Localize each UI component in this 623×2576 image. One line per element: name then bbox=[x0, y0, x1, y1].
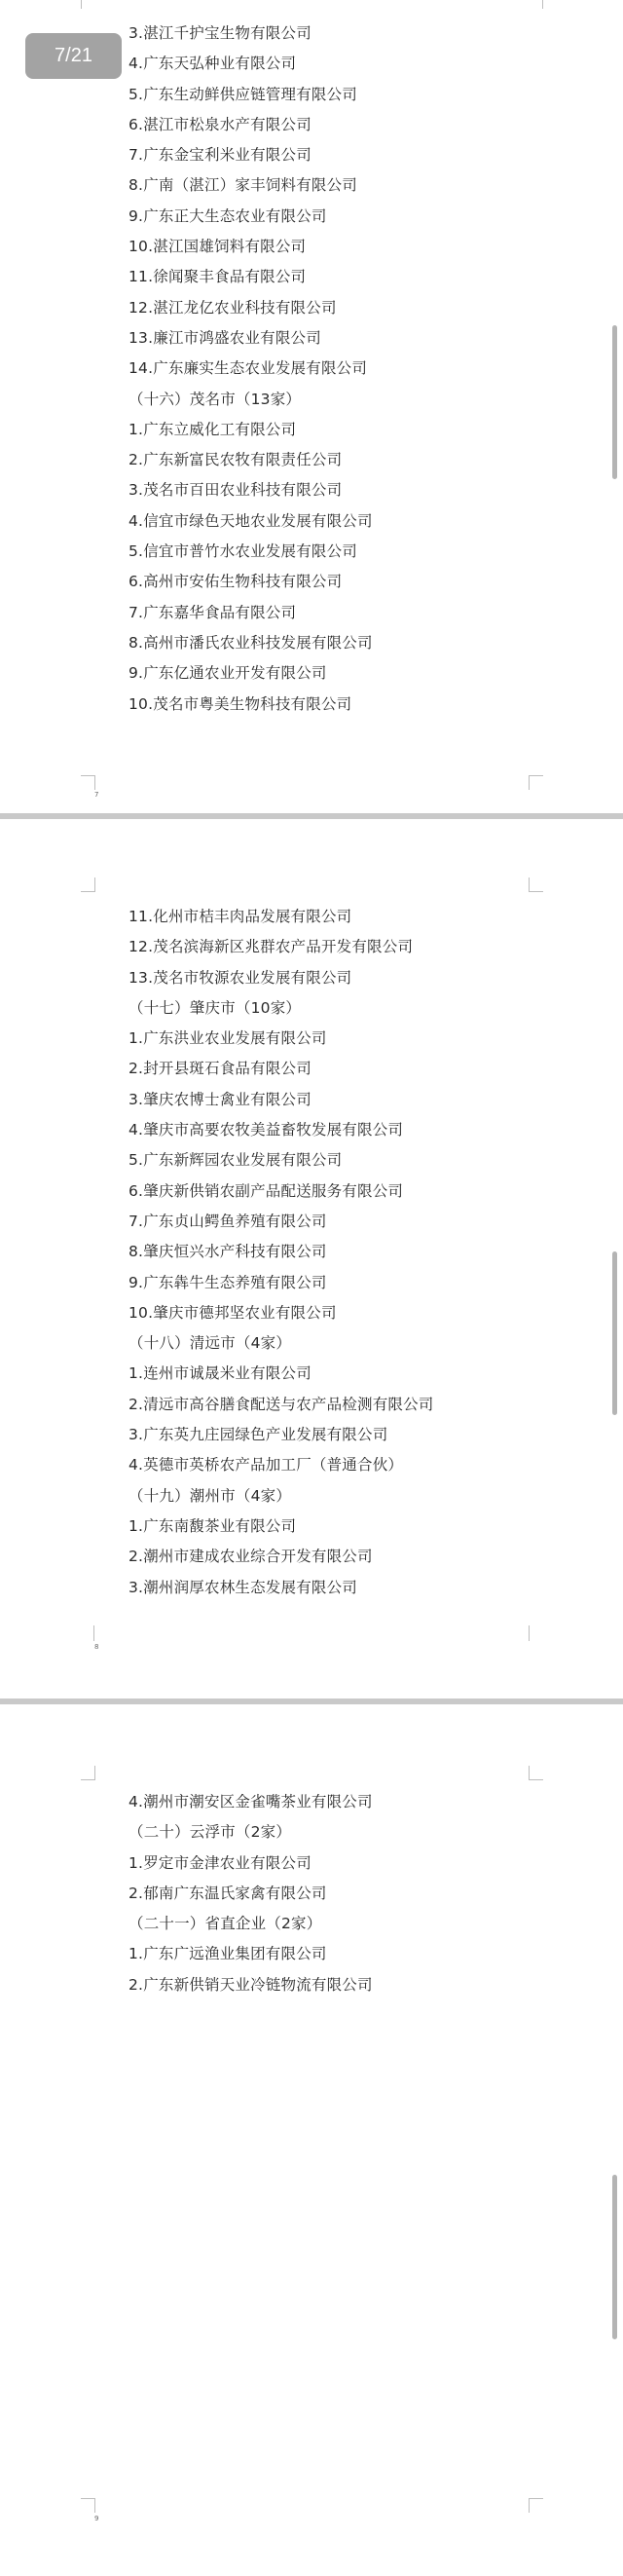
page-corner-mark bbox=[529, 775, 543, 790]
list-item: 7.广东嘉华食品有限公司 bbox=[128, 598, 373, 628]
list-item: 3.肇庆农博士禽业有限公司 bbox=[128, 1085, 434, 1115]
section-heading: （十七）肇庆市（10家） bbox=[128, 993, 434, 1024]
page-corner-mark bbox=[81, 1766, 95, 1780]
page-corner-mark bbox=[93, 1625, 108, 1641]
list-item: 4.信宜市绿色天地农业发展有限公司 bbox=[128, 506, 373, 537]
section-heading: （十九）潮州市（4家） bbox=[128, 1481, 434, 1512]
page-corner-mark bbox=[81, 0, 95, 9]
list-item: 7.广东贞山鳄鱼养殖有限公司 bbox=[128, 1207, 434, 1237]
page-indicator-badge: 7/21 bbox=[25, 33, 122, 79]
list-item: 5.广东新辉园农业发展有限公司 bbox=[128, 1145, 434, 1176]
list-item: 3.潮州润厚农林生态发展有限公司 bbox=[128, 1573, 434, 1603]
list-item: 6.高州市安佑生物科技有限公司 bbox=[128, 567, 373, 597]
list-item: 13.茂名市牧源农业发展有限公司 bbox=[128, 963, 434, 993]
list-item: 2.广东新富民农牧有限责任公司 bbox=[128, 445, 373, 475]
document-page-9: 4.潮州市潮安区金雀嘴茶业有限公司 （二十）云浮市（2家） 1.罗定市金津农业有… bbox=[0, 1704, 623, 2576]
list-item: 7.广东金宝利米业有限公司 bbox=[128, 140, 373, 170]
list-item: 6.湛江市松泉水产有限公司 bbox=[128, 110, 373, 140]
list-item: 8.高州市潘氏农业科技发展有限公司 bbox=[128, 628, 373, 658]
list-item: 3.茂名市百田农业科技有限公司 bbox=[128, 475, 373, 505]
page-corner-mark bbox=[529, 0, 543, 9]
list-item: 4.广东天弘种业有限公司 bbox=[128, 49, 373, 79]
page-number-mark: 8 bbox=[94, 1643, 98, 1651]
list-item: 12.茂名滨海新区兆群农产品开发有限公司 bbox=[128, 932, 434, 962]
list-item: 14.广东廉实生态农业发展有限公司 bbox=[128, 354, 373, 384]
list-item: 9.广东正大生态农业有限公司 bbox=[128, 202, 373, 232]
list-item: 2.广东新供销天业冷链物流有限公司 bbox=[128, 1970, 373, 2000]
page-number-mark: 7 bbox=[94, 791, 98, 799]
list-item: 1.广东洪业农业发展有限公司 bbox=[128, 1024, 434, 1054]
list-item: 2.清远市高谷膳食配送与农产品检测有限公司 bbox=[128, 1390, 434, 1420]
document-page-8: 11.化州市桔丰肉品发展有限公司 12.茂名滨海新区兆群农产品开发有限公司 13… bbox=[0, 819, 623, 1699]
list-item: 3.广东英九庄园绿色产业发展有限公司 bbox=[128, 1420, 434, 1450]
list-item: 1.广东广远渔业集团有限公司 bbox=[128, 1939, 373, 1969]
list-item: 8.广南（湛江）家丰饲料有限公司 bbox=[128, 170, 373, 201]
list-item: 6.肇庆新供销农副产品配送服务有限公司 bbox=[128, 1176, 434, 1207]
list-item: 4.英德市英桥农产品加工厂（普通合伙） bbox=[128, 1450, 434, 1480]
list-item: 8.肇庆恒兴水产科技有限公司 bbox=[128, 1237, 434, 1267]
section-heading: （十八）清远市（4家） bbox=[128, 1328, 434, 1359]
list-item: 1.罗定市金津农业有限公司 bbox=[128, 1848, 373, 1879]
page-corner-mark bbox=[529, 1625, 543, 1641]
page-corner-mark bbox=[529, 877, 543, 892]
list-item: 1.广东南馥茶业有限公司 bbox=[128, 1512, 434, 1542]
page-corner-mark bbox=[81, 2498, 95, 2513]
page-number-mark: 9 bbox=[94, 2515, 98, 2522]
list-item: 13.廉江市鸿盛农业有限公司 bbox=[128, 323, 373, 354]
section-heading: （十六）茂名市（13家） bbox=[128, 385, 373, 415]
list-item: 10.肇庆市德邦坚农业有限公司 bbox=[128, 1298, 434, 1328]
company-list: 3.湛江千护宝生物有限公司 4.广东天弘种业有限公司 5.广东生动鲜供应链管理有… bbox=[128, 19, 373, 720]
list-item: 2.潮州市建成农业综合开发有限公司 bbox=[128, 1542, 434, 1572]
list-item: 10.湛江国雄饲料有限公司 bbox=[128, 232, 373, 262]
list-item: 1.广东立威化工有限公司 bbox=[128, 415, 373, 445]
list-item: 10.茂名市粤美生物科技有限公司 bbox=[128, 690, 373, 720]
section-heading: （二十）云浮市（2家） bbox=[128, 1817, 373, 1848]
list-item: 11.化州市桔丰肉品发展有限公司 bbox=[128, 902, 434, 932]
page-corner-mark bbox=[529, 1766, 543, 1780]
company-list: 11.化州市桔丰肉品发展有限公司 12.茂名滨海新区兆群农产品开发有限公司 13… bbox=[128, 902, 434, 1603]
list-item: 12.湛江龙亿农业科技有限公司 bbox=[128, 293, 373, 323]
page-corner-mark bbox=[81, 775, 95, 790]
page-corner-mark bbox=[529, 2498, 543, 2513]
document-page-7: 3.湛江千护宝生物有限公司 4.广东天弘种业有限公司 5.广东生动鲜供应链管理有… bbox=[0, 0, 623, 813]
page-corner-mark bbox=[81, 877, 95, 892]
list-item: 4.肇庆市高要农牧美益畜牧发展有限公司 bbox=[128, 1115, 434, 1145]
scrollbar-thumb[interactable] bbox=[612, 1251, 617, 1415]
section-heading: （二十一）省直企业（2家） bbox=[128, 1909, 373, 1939]
list-item: 1.连州市诚晟米业有限公司 bbox=[128, 1359, 434, 1389]
list-item: 2.郁南广东温氏家禽有限公司 bbox=[128, 1879, 373, 1909]
company-list: 4.潮州市潮安区金雀嘴茶业有限公司 （二十）云浮市（2家） 1.罗定市金津农业有… bbox=[128, 1787, 373, 2000]
scrollbar-thumb[interactable] bbox=[612, 2175, 617, 2339]
list-item: 9.广东犇牛生态养殖有限公司 bbox=[128, 1268, 434, 1298]
list-item: 9.广东亿通农业开发有限公司 bbox=[128, 658, 373, 689]
list-item: 2.封开县斑石食品有限公司 bbox=[128, 1054, 434, 1084]
list-item: 5.广东生动鲜供应链管理有限公司 bbox=[128, 80, 373, 110]
scrollbar-thumb[interactable] bbox=[612, 325, 617, 479]
list-item: 5.信宜市普竹水农业发展有限公司 bbox=[128, 537, 373, 567]
list-item: 4.潮州市潮安区金雀嘴茶业有限公司 bbox=[128, 1787, 373, 1817]
list-item: 3.湛江千护宝生物有限公司 bbox=[128, 19, 373, 49]
list-item: 11.徐闻聚丰食品有限公司 bbox=[128, 262, 373, 292]
